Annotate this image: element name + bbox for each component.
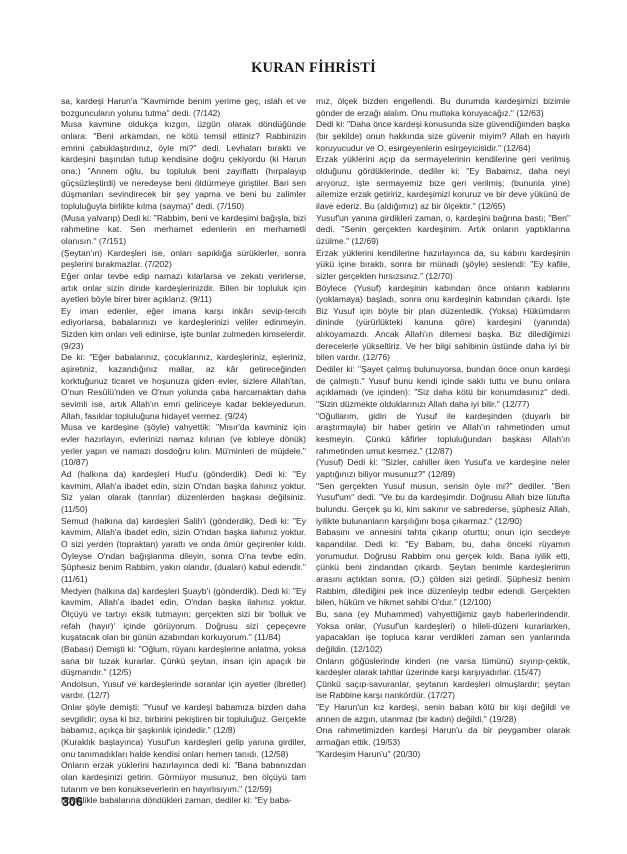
verse-entry: Onların erzak yüklerini hazırlayınca ded… [61,760,306,795]
page-number: 306 [62,795,83,809]
right-column: mız, ölçek bizden engellendi. Bu durumda… [316,96,570,760]
verse-entry: Dedi ki: "Daha önce kardeşi konusunda si… [316,119,570,154]
verse-entry: (Şeytan'ın) Kardeşleri ise, onları sapık… [61,248,306,271]
verse-entry: Semud (halkına da) kardeşleri Salih'i (g… [61,516,306,586]
verse-entry: Bu, sana (ey Muhammed) vahyettiğimiz gay… [316,609,570,656]
verse-entry: Onlar şöyle demişti: "Yusuf ve kardeşi b… [61,702,306,737]
verse-entry: (Kuraklık başlayınca) Yusuf'un kardeşler… [61,737,306,760]
verse-entry: "Kardeşim Harun'u" (20/30) [316,749,570,761]
verse-entry: Eğer onlar tevbe edip namazı kılarlarsa … [61,271,306,306]
verse-entry: Dediler ki: "Şayet çalmış bulunuyorsa, b… [316,364,570,411]
verse-entry: Ad (halkına da) kardeşleri Hud'u (gönder… [61,469,306,516]
verse-entry: Musa ve kardeşine (şöyle) vahyettik: "Mı… [61,422,306,469]
verse-entry: De ki: "Eğer babalarınız, çocuklarınız, … [61,352,306,422]
verse-entry: Çünkü saçıp-savuranlar, şeytanın kardeşl… [316,679,570,702]
verse-entry: Ona rahmetimizden kardeşi Harun'u da bir… [316,725,570,748]
verse-entry: sa, kardeşi Harun'a "Kavmimde benim yeri… [61,96,306,119]
verse-entry: Yusuf'un yanına girdikleri zaman, o, kar… [316,213,570,248]
verse-entry: Ey iman edenler, eğer imana karşı inkârı… [61,306,306,353]
verse-entry: "Sen gerçekten Yusuf musun, sensin öyle … [316,481,570,528]
verse-entry: Babasını ve annesini tahta çıkarıp oturt… [316,527,570,609]
verse-entry: Böylece (Yusuf) kardeşinin kabından önce… [316,283,570,365]
left-column: sa, kardeşi Harun'a "Kavmimde benim yeri… [61,96,306,807]
verse-entry: Andolsun, Yusuf ve kardeşlerinde soranla… [61,679,306,702]
verse-entry: Erzak yüklerini açıp da sermayelerinin k… [316,154,570,212]
verse-entry: (Babası) Demişti ki: "Oğlum, rüyanı kard… [61,644,306,679]
verse-entry: "Ey Harun'un kız kardeşi, senin baban kö… [316,702,570,725]
verse-entry: Musa kavmine oldukça kızgın, üzgün olara… [61,119,306,212]
verse-entry: (Musa yalvarıp) Dedi ki: "Rabbim, beni v… [61,213,306,248]
running-header: KURAN FİHRİSTİ [0,60,627,77]
verse-entry: "Oğullarım, gidin de Yusuf ile kardeşind… [316,411,570,458]
verse-entry: Erzak yüklerini kendilerine hazırlayınca… [316,248,570,283]
verse-entry: Onların göğüslerinde kinden (ne varsa tü… [316,656,570,679]
verse-entry: mız, ölçek bizden engellendi. Bu durumda… [316,96,570,119]
verse-entry: (Yusuf) Dedi ki: "Sizler, cahiller iken … [316,457,570,480]
verse-entry: Böylelikle babalarına döndükleri zaman, … [61,795,306,807]
verse-entry: Medyen (halkına da) kardeşleri Şuayb'ı (… [61,586,306,644]
